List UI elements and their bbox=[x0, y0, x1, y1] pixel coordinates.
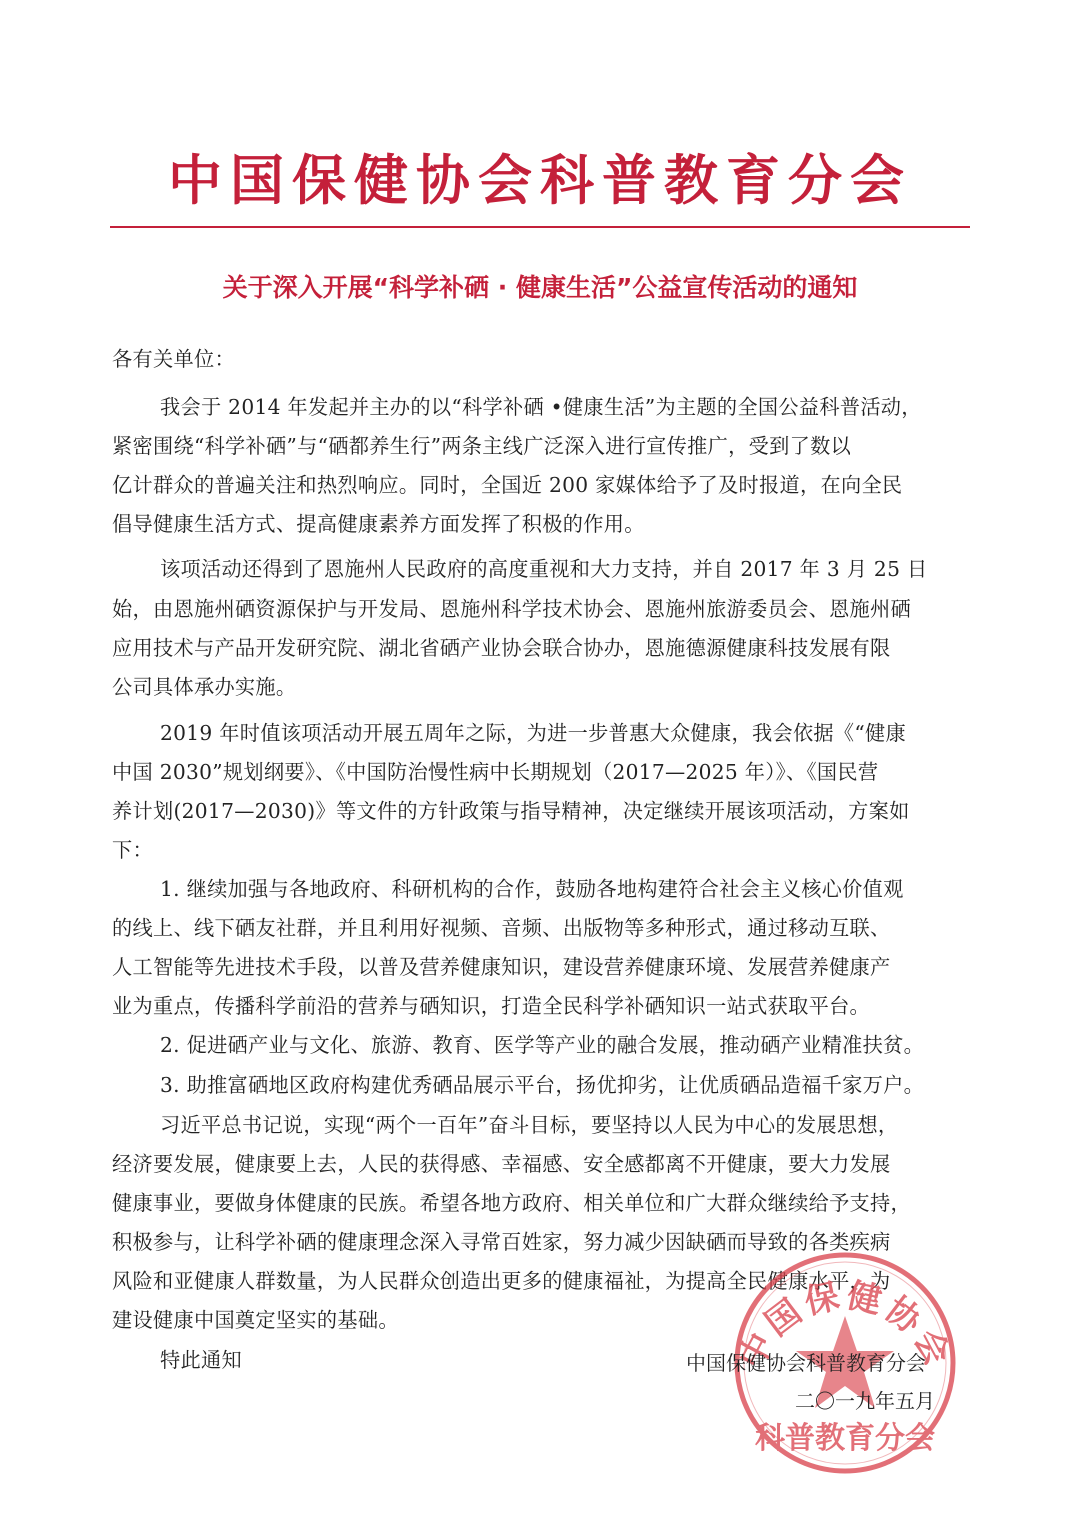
paragraph-line: 公司具体承办实施。 bbox=[112, 672, 972, 702]
paragraph-line: 建设健康中国奠定坚实的基础。 bbox=[112, 1305, 972, 1335]
list-item-1: 1. 继续加强与各地政府、科研机构的合作，鼓励各地构建符合社会主义核心价值观 bbox=[160, 874, 972, 904]
paragraph-line: 积极参与，让科学补硒的健康理念深入寻常百姓家，努力减少因缺硒而导致的各类疾病 bbox=[112, 1227, 972, 1257]
paragraph-line: 倡导健康生活方式、提高健康素养方面发挥了积极的作用。 bbox=[112, 509, 972, 539]
paragraph-line: 下： bbox=[112, 835, 972, 865]
paragraph-line: 习近平总书记说，实现“两个一百年”奋斗目标，要坚持以人民为中心的发展思想， bbox=[160, 1110, 972, 1140]
paragraph-line: 2019 年时值该项活动开展五周年之际，为进一步普惠大众健康，我会依据《“健康 bbox=[160, 718, 972, 748]
paragraph-line: 应用技术与产品开发研究院、湖北省硒产业协会联合协办，恩施德源健康科技发展有限 bbox=[112, 633, 972, 663]
paragraph-line: 我会于 2014 年发起并主办的以“科学补硒 •健康生活”为主题的全国公益科普活… bbox=[160, 392, 972, 422]
document-page: 中国保健协会科普教育分会 关于深入开展“科学补硒 · 健康生活”公益宣传活动的通… bbox=[0, 0, 1080, 1527]
paragraph-line: 中国 2030”规划纲要》、《中国防治慢性病中长期规划（2017—2025 年）… bbox=[112, 757, 972, 787]
signature-organization: 中国保健协会科普教育分会 bbox=[686, 1348, 926, 1378]
paragraph-line: 该项活动还得到了恩施州人民政府的高度重视和大力支持，并自 2017 年 3 月 … bbox=[160, 554, 972, 584]
paragraph-line: 人工智能等先进技术手段，以普及营养健康知识，建设营养健康环境、发展营养健康产 bbox=[112, 952, 972, 982]
signature-date: 二〇一九年五月 bbox=[795, 1386, 935, 1416]
paragraph-line: 经济要发展，健康要上去，人民的获得感、幸福感、安全感都离不开健康，要大力发展 bbox=[112, 1149, 972, 1179]
paragraph-line: 亿计群众的普遍关注和热烈响应。同时，全国近 200 家媒体给予了及时报道，在向全… bbox=[112, 470, 972, 500]
salutation: 各有关单位： bbox=[112, 344, 972, 374]
organization-letterhead: 中国保健协会科普教育分会 bbox=[110, 140, 970, 220]
list-item-2: 2. 促进硒产业与文化、旅游、教育、医学等产业的融合发展，推动硒产业精准扶贫。 bbox=[160, 1030, 972, 1060]
notice-title: 关于深入开展“科学补硒 · 健康生活”公益宣传活动的通知 bbox=[110, 266, 970, 310]
svg-text:科普教育分会: 科普教育分会 bbox=[755, 1421, 935, 1456]
letterhead-divider bbox=[110, 226, 970, 228]
paragraph-line: 风险和亚健康人群数量，为人民群众创造出更多的健康福祉，为提高全民健康水平，为 bbox=[112, 1266, 972, 1296]
paragraph-line: 健康事业，要做身体健康的民族。希望各地方政府、相关单位和广大群众继续给予支持， bbox=[112, 1188, 972, 1218]
paragraph-line: 业为重点，传播科学前沿的营养与硒知识，打造全民科学补硒知识一站式获取平台。 bbox=[112, 991, 972, 1021]
paragraph-line: 始，由恩施州硒资源保护与开发局、恩施州科学技术协会、恩施州旅游委员会、恩施州硒 bbox=[112, 594, 972, 624]
paragraph-line: 紧密围绕“科学补硒”与“硒都养生行”两条主线广泛深入进行宣传推广，受到了数以 bbox=[112, 431, 972, 461]
paragraph-line: 的线上、线下硒友社群，并且利用好视频、音频、出版物等多种形式，通过移动互联、 bbox=[112, 913, 972, 943]
paragraph-line: 养计划(2017—2030)》等文件的方针政策与指导精神，决定继续开展该项活动，… bbox=[112, 796, 972, 826]
list-item-3: 3. 助推富硒地区政府构建优秀硒品展示平台，扬优抑劣，让优质硒品造福千家万户。 bbox=[160, 1070, 972, 1100]
